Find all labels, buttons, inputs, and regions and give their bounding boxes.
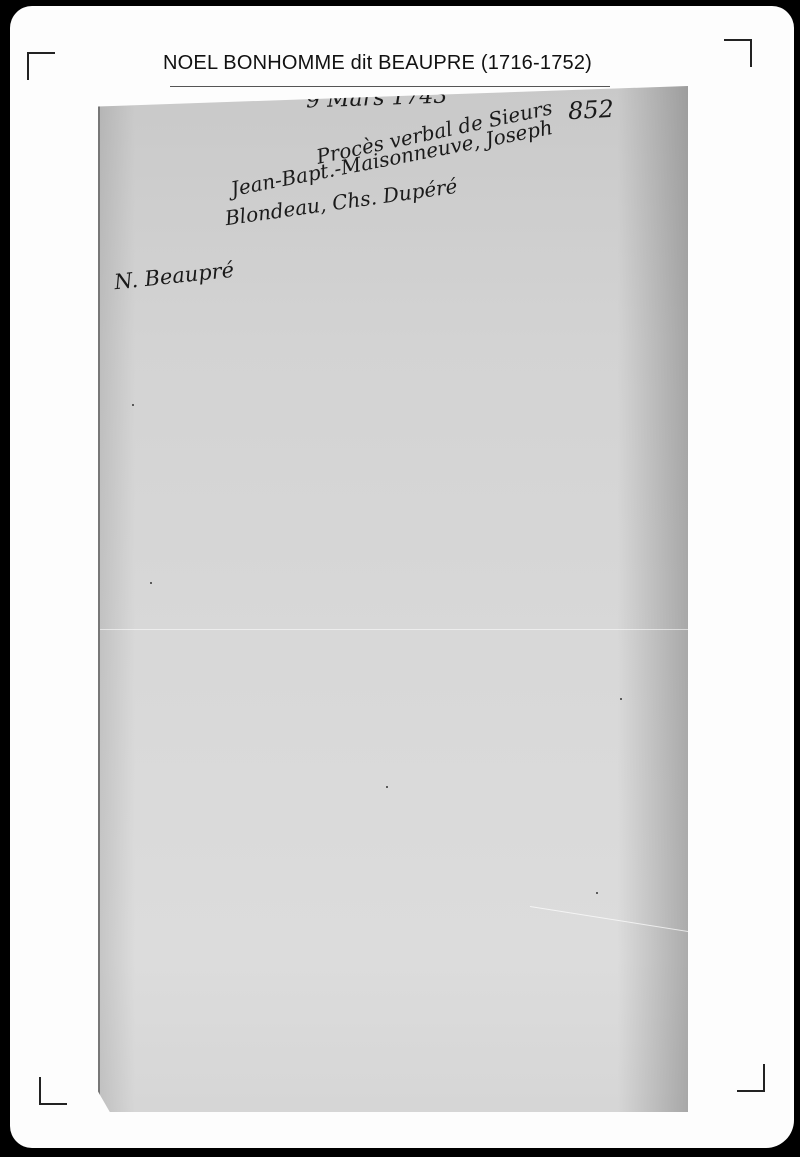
document-sheet: 9 Mars 1743 852 Procès verbal de Sieurs … (98, 86, 688, 1112)
diagonal-crease (530, 906, 708, 935)
paper-speck (620, 698, 622, 700)
paper-speck (386, 786, 388, 788)
crop-mark-top-right (724, 39, 752, 67)
fold-crease (100, 629, 688, 630)
paper-speck (596, 892, 598, 894)
page-title: NOEL BONHOMME dit BEAUPRE (1716-1752) (163, 52, 592, 75)
crop-mark-top-left (27, 52, 55, 80)
folio-number: 852 (567, 95, 614, 125)
paper-speck (150, 582, 152, 584)
crop-mark-bottom-left (39, 1077, 67, 1105)
handwritten-annotation: N. Beaupré (113, 258, 235, 294)
paper-speck (132, 404, 134, 406)
title-underline (170, 86, 610, 87)
crop-mark-bottom-right (737, 1064, 765, 1092)
